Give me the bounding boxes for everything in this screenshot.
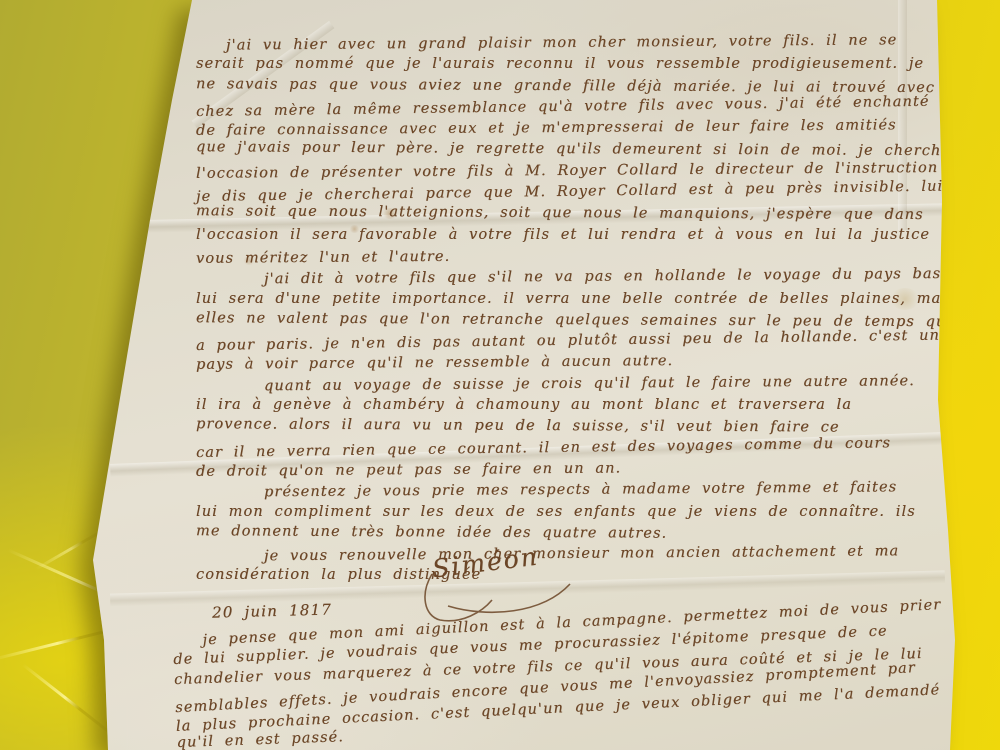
letter-paragraph: j'ai dit à votre fils que s'il ne va pas… — [196, 267, 904, 373]
handwritten-line: j'ai dit à votre fils que s'il ne va pas… — [196, 264, 904, 291]
handwritten-line: lui sera d'une petite importance. il ver… — [196, 289, 904, 310]
handwritten-line: serait pas nommé que je l'aurais reconnu… — [196, 54, 904, 75]
date-line: 20 juin 1817 — [212, 600, 332, 621]
letter-paragraph: je pense que mon ami aiguillon est à la … — [172, 598, 917, 750]
letter-paragraph: quant au voyage de suisse je crois qu'il… — [196, 374, 904, 480]
handwritten-line: présentez je vous prie mes respects à ma… — [196, 477, 904, 504]
paper-shadow-wrap: j'ai vu hier avec un grand plaisir mon c… — [0, 0, 1000, 750]
handwritten-line: l'occasion il sera favorable à votre fil… — [196, 225, 904, 246]
letter-paper: j'ai vu hier avec un grand plaisir mon c… — [0, 0, 1000, 750]
handwritten-line: quant au voyage de suisse je crois qu'il… — [196, 371, 904, 398]
postscript-block: je pense que mon ami aiguillon est à la … — [172, 598, 917, 750]
photo-of-letter: j'ai vu hier avec un grand plaisir mon c… — [0, 0, 1000, 750]
handwritten-line: j'ai vu hier avec un grand plaisir mon c… — [196, 30, 904, 57]
letter-body: j'ai vu hier avec un grand plaisir mon c… — [196, 33, 904, 587]
letter-paragraph: j'ai vu hier avec un grand plaisir mon c… — [196, 33, 904, 267]
handwritten-line: lui mon compliment sur les deux de ses e… — [196, 502, 904, 523]
handwritten-line: mais soit que nous l'atteignions, soit q… — [196, 202, 904, 227]
letter-paragraph: présentez je vous prie mes respects à ma… — [196, 480, 904, 544]
handwritten-line: il ira à genève à chambéry à chamouny au… — [196, 395, 904, 416]
